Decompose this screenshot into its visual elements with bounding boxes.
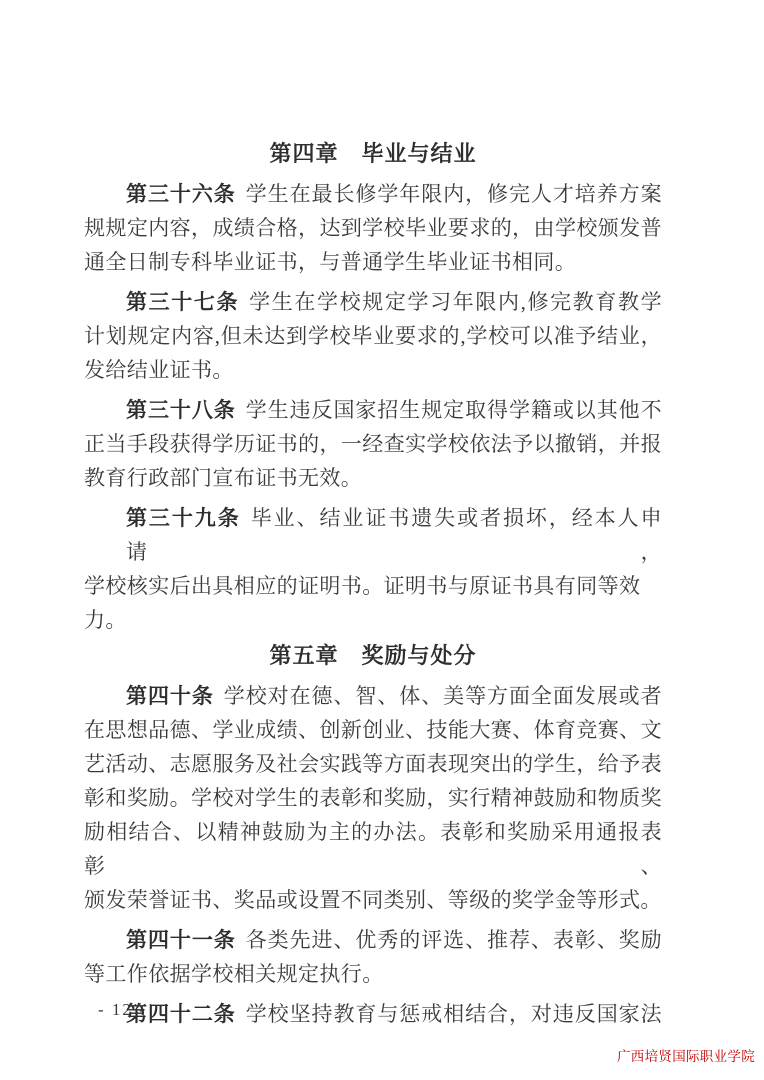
article-42-line: 第四十二条学校坚持教育与惩戒相结合，对违反国家法 [84,997,662,1031]
article-40-line: 励相结合、以精神鼓励为主的办法。表彰和奖励采用通报表彰、 [84,815,662,883]
article-38-line: 教育行政部门宣布证书无效。 [84,461,662,495]
article-38: 第三十八条学生违反国家招生规定取得学籍或以其他不 正当手段获得学历证书的，一经查… [84,393,662,495]
article-42-text: 学校坚持教育与惩戒相结合，对违反国家法 [246,1002,662,1026]
chapter-5-heading: 第五章 奖励与处分 [84,639,662,673]
page-content: 第四章 毕业与结业 第三十六条学生在最长修学年限内，修完人才培养方案 规规定内容… [84,137,662,1031]
article-40-line: 颁发荣誉证书、奖品或设置不同类别、等级的奖学金等形式。 [84,883,662,917]
article-36-line: 第三十六条学生在最长修学年限内，修完人才培养方案 [84,177,662,211]
article-37-number: 第三十七条 [126,290,239,314]
article-38-line: 第三十八条学生违反国家招生规定取得学籍或以其他不 [84,393,662,427]
article-37-line: 发给结业证书。 [84,353,662,387]
article-39-line: 学校核实后出具相应的证明书。证明书与原证书具有同等效力。 [84,569,662,637]
article-36-text: 学生在最长修学年限内，修完人才培养方案 [246,182,662,206]
article-40-line: 艺活动、志愿服务及社会实践等方面表现突出的学生，给予表 [84,747,662,781]
article-38-number: 第三十八条 [126,398,236,422]
article-36-line: 规规定内容，成绩合格，达到学校毕业要求的，由学校颁发普 [84,211,662,245]
article-41-line: 等工作依据学校相关规定执行。 [84,957,662,991]
article-36-line: 通全日制专科毕业证书，与普通学生毕业证书相同。 [84,245,662,279]
article-40-line: 在思想品德、学业成绩、创新创业、技能大赛、体育竞赛、文 [84,713,662,747]
chapter-4-heading: 第四章 毕业与结业 [84,137,662,171]
article-39-line: 第三十九条毕业、结业证书遗失或者损坏，经本人申请， [84,501,662,569]
article-41-text: 各类先进、优秀的评选、推荐、表彰、奖励 [246,928,662,952]
article-40-line: 彰和奖励。学校对学生的表彰和奖励，实行精神鼓励和物质奖 [84,781,662,815]
article-36-number: 第三十六条 [126,182,236,206]
article-40-number: 第四十条 [126,684,214,708]
article-37-line: 第三十七条学生在学校规定学习年限内,修完教育教学 [84,285,662,319]
article-39-number: 第三十九条 [126,506,241,530]
article-41-number: 第四十一条 [126,928,236,952]
page-number: - 12 - [98,1000,147,1020]
document-page: 第四章 毕业与结业 第三十六条学生在最长修学年限内，修完人才培养方案 规规定内容… [0,0,764,1080]
article-37-text: 学生在学校规定学习年限内,修完教育教学 [249,290,662,314]
article-39: 第三十九条毕业、结业证书遗失或者损坏，经本人申请， 学校核实后出具相应的证明书。… [84,501,662,637]
article-38-text: 学生违反国家招生规定取得学籍或以其他不 [246,398,662,422]
article-40: 第四十条学校对在德、智、体、美等方面全面发展或者 在思想品德、学业成绩、创新创业… [84,679,662,917]
article-38-line: 正当手段获得学历证书的，一经查实学校依法予以撤销，并报 [84,427,662,461]
article-41-line: 第四十一条各类先进、优秀的评选、推荐、表彰、奖励 [84,923,662,957]
article-36: 第三十六条学生在最长修学年限内，修完人才培养方案 规规定内容，成绩合格，达到学校… [84,177,662,279]
article-40-text: 学校对在德、智、体、美等方面全面发展或者 [224,684,662,708]
school-name-watermark: 广西培贤国际职业学院 [617,1045,755,1065]
article-40-line: 第四十条学校对在德、智、体、美等方面全面发展或者 [84,679,662,713]
article-37-line: 计划规定内容,但未达到学校毕业要求的,学校可以准予结业， [84,319,662,353]
article-42: 第四十二条学校坚持教育与惩戒相结合，对违反国家法 [84,997,662,1031]
article-37: 第三十七条学生在学校规定学习年限内,修完教育教学 计划规定内容,但未达到学校毕业… [84,285,662,387]
article-41: 第四十一条各类先进、优秀的评选、推荐、表彰、奖励 等工作依据学校相关规定执行。 [84,923,662,991]
